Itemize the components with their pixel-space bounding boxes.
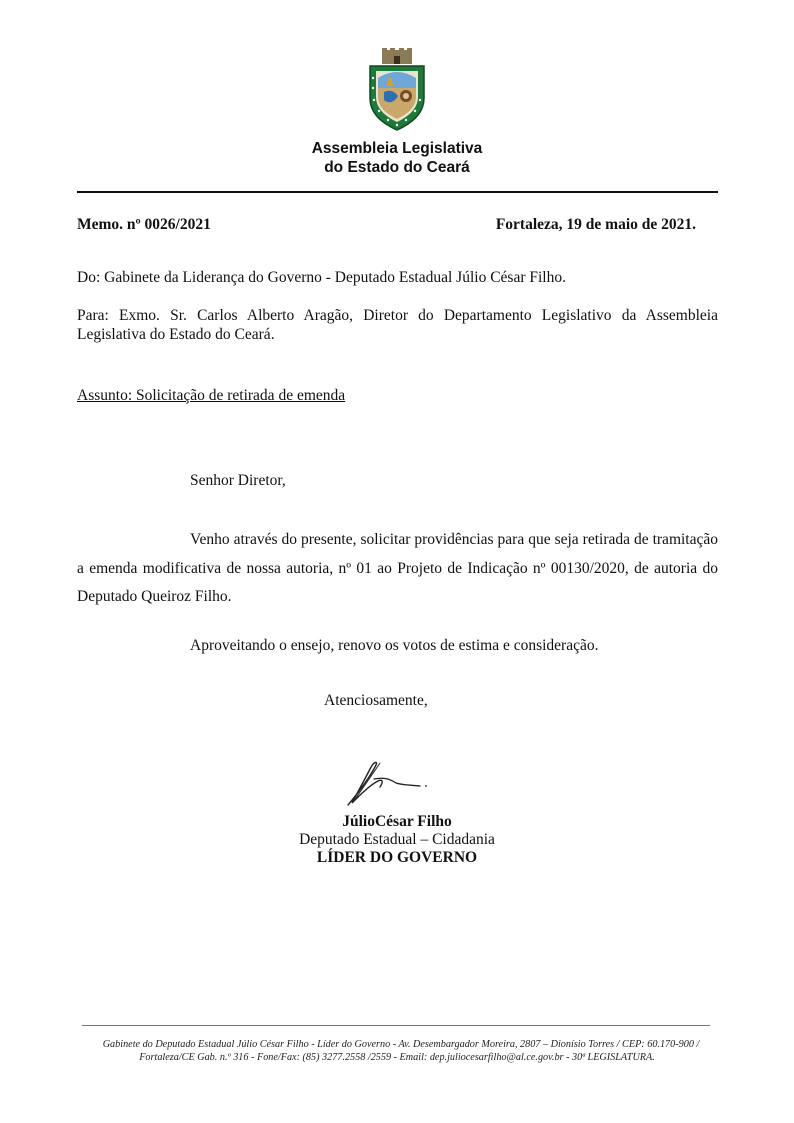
signatory-name: JúlioCésar Filho [0,813,794,831]
memo-from: Do: Gabinete da Liderança do Governo - D… [77,269,566,287]
footer-divider [82,1025,710,1026]
memo-subject: Assunto: Solicitação de retirada de emen… [77,387,345,405]
header-divider [77,191,718,193]
signatory-title: LÍDER DO GOVERNO [0,849,794,867]
memo-regards: Atenciosamente, [324,692,428,710]
footer-line2: Fortaleza/CE Gab. n.º 316 - Fone/Fax: (8… [0,1052,794,1063]
memo-greeting: Senhor Diretor, [190,472,286,490]
institution-name-line1: Assembleia Legislativa [0,140,794,158]
ceara-coat-of-arms-icon [364,48,430,132]
memo-to: Para: Exmo. Sr. Carlos Alberto Aragão, D… [77,306,718,344]
memo-closing: Aproveitando o ensejo, renovo os votos d… [190,637,598,655]
handwritten-signature-icon [340,755,430,810]
institution-name-line2: do Estado do Ceará [0,159,794,177]
memo-place-date: Fortaleza, 19 de maio de 2021. [496,216,696,234]
signatory-role: Deputado Estadual – Cidadania [0,831,794,849]
memo-number: Memo. nº 0026/2021 [77,216,211,234]
memo-body: Venho através do presente, solicitar pro… [77,526,718,612]
footer-line1: Gabinete do Deputado Estadual Júlio Césa… [4,1039,794,1050]
